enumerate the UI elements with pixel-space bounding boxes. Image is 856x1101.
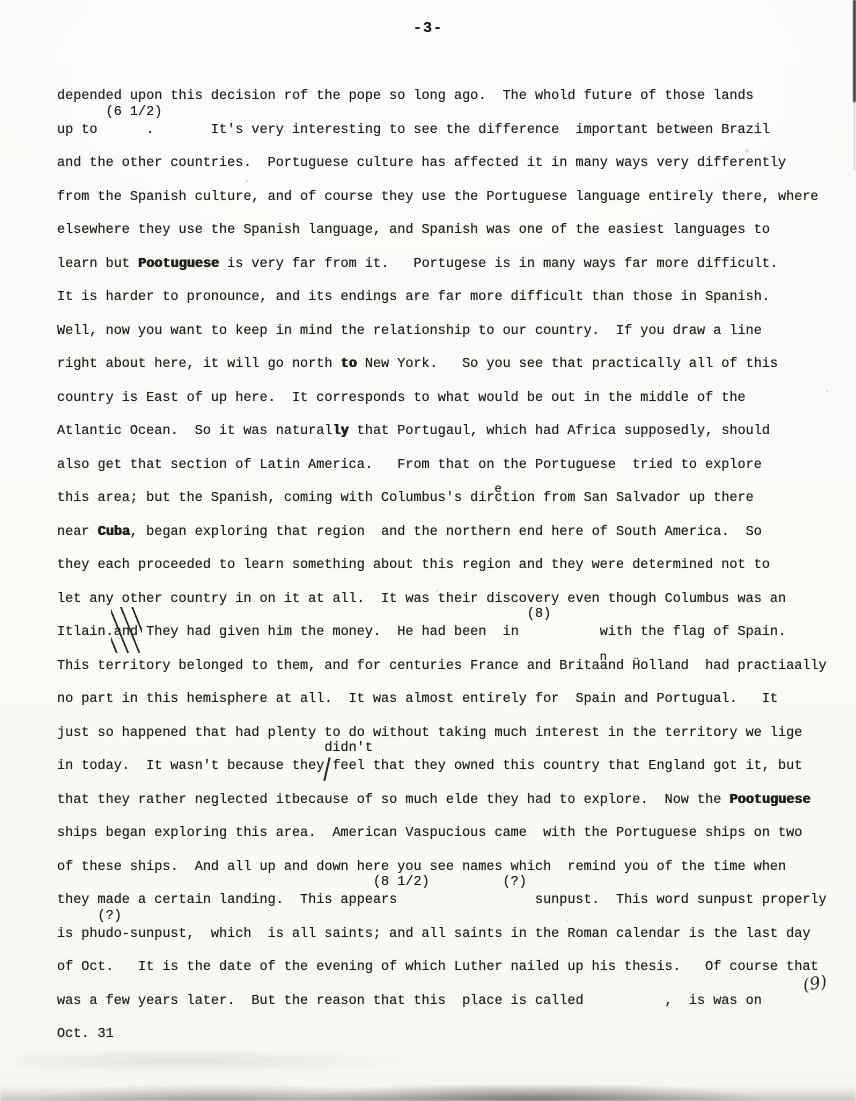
typed-text: They had given him the money. He had bee… <box>138 625 786 640</box>
typed-line: (8 1/2)(?)they made a certain landing. T… <box>57 884 842 918</box>
typed-line: of these ships. And all up and down here… <box>57 851 842 885</box>
typed-text: depended upon this decision rof the pope… <box>57 89 754 104</box>
typed-line: Well, now you want to keep in mind the r… <box>57 315 842 349</box>
typed-text: of these ships. And all up and down here… <box>57 860 786 875</box>
typed-text: right about here, it will go north <box>57 357 341 372</box>
typed-text: learn but <box>57 257 138 272</box>
typed-text: ction from San Salvador up there <box>494 491 753 506</box>
typed-line: This territory belonged to them, and for… <box>57 650 842 684</box>
typed-text: Well, now you want to keep in mind the r… <box>57 324 762 339</box>
typed-text: just so happened that had plenty to do w… <box>57 726 802 741</box>
typed-text: and the other countries. Portuguese cult… <box>57 156 786 171</box>
typed-text: and Ḧolland had practiaally <box>600 659 827 674</box>
typed-text: in today. It wasn't because they <box>57 759 324 774</box>
inserted-note: didn't <box>324 742 373 756</box>
typed-line: let any other country in on it at all. I… <box>57 583 842 617</box>
typed-line: near Cuba, began exploring that region a… <box>57 516 842 550</box>
typed-text: this area; but the Spanish, coming with … <box>57 491 494 506</box>
typed-line: right about here, it will go north to Ne… <box>57 348 842 382</box>
document-body: depended upon this decision rof the pope… <box>57 80 842 1052</box>
typed-line: they each proceeded to learn something a… <box>57 549 842 583</box>
typed-line: from the Spanish culture, and of course … <box>57 181 842 215</box>
typed-text: New York. So you see that practically al… <box>357 357 778 372</box>
crossed-out-word: and <box>114 616 138 650</box>
typed-line: ships began exploring this area. America… <box>57 817 842 851</box>
typed-line: Atlantic Ocean. So it was naturally that… <box>57 415 842 449</box>
typed-text: Atlantic Ocean. So it was natural <box>57 424 332 439</box>
typed-text: of Oct. It is the date of the evening of… <box>57 960 819 975</box>
overstruck-text: Pootuguese <box>138 257 219 272</box>
typed-line: (9)was a few years later. But the reason… <box>57 985 842 1019</box>
typed-line: and the other countries. Portuguese cult… <box>57 147 842 181</box>
inserted-note: (6 1/2) <box>106 106 163 120</box>
inserted-note: (?) <box>98 910 122 924</box>
typed-text: Oct. 31 <box>57 1027 114 1042</box>
typed-line: didn'tin today. It wasn't because they f… <box>57 750 842 784</box>
typed-line: no part in this hemisphere at all. It wa… <box>57 683 842 717</box>
overstruck-text: to <box>341 357 357 372</box>
typed-line: learn but Pootuguese is very far from it… <box>57 248 842 282</box>
overstruck-text: Cuba <box>98 525 130 540</box>
typed-text: feel that they owned this country that E… <box>324 759 802 774</box>
typed-line: (6 1/2)up to . It's very interesting to … <box>57 114 842 148</box>
typed-line: country is East of up here. It correspon… <box>57 382 842 416</box>
typed-text: Itlain. <box>57 625 114 640</box>
scan-artifact-bottom-shadow <box>0 1085 856 1101</box>
scan-artifact-edge-faint <box>854 100 856 170</box>
typed-text: from the Spanish culture, and of course … <box>57 190 819 205</box>
inserted-note: (?) <box>503 876 527 890</box>
page-number: -3- <box>0 20 856 37</box>
typed-text: It is harder to pronounce, and its endin… <box>57 290 770 305</box>
typed-text: they made a certain landing. This appear… <box>57 893 827 908</box>
typed-line: elsewhere they use the Spanish language,… <box>57 214 842 248</box>
typed-text: up to . It's very interesting to see the… <box>57 123 770 138</box>
typed-line: (8)Itlain.and They had given him the mon… <box>57 616 842 650</box>
typed-text: that Portugaul, which had Africa suppose… <box>349 424 770 439</box>
typed-line: also get that section of Latin America. … <box>57 449 842 483</box>
overstruck-text: Pootuguese <box>729 793 810 808</box>
typed-text: , began exploring that region and the no… <box>130 525 762 540</box>
typed-text: ships began exploring this area. America… <box>57 826 802 841</box>
handwritten-note: (9) <box>802 975 828 993</box>
typed-line: that they rather neglected itbecause of … <box>57 784 842 818</box>
typed-line: (?)is phudo-sunpust, which is all saints… <box>57 918 842 952</box>
inserted-note: (8 1/2) <box>373 876 430 890</box>
typed-line: of Oct. It is the date of the evening of… <box>57 951 842 985</box>
typed-line: It is harder to pronounce, and its endin… <box>57 281 842 315</box>
typed-line: depended upon this decision rof the pope… <box>57 80 842 114</box>
typed-text: near <box>57 525 98 540</box>
typed-text: elsewhere they use the Spanish language,… <box>57 223 770 238</box>
typed-line: this area; but the Spanish, coming with … <box>57 482 842 516</box>
typed-text: they each proceeded to learn something a… <box>57 558 770 573</box>
typed-text: also get that section of Latin America. … <box>57 458 762 473</box>
typed-text: This territory belonged to them, and for… <box>57 659 600 674</box>
typed-line: just so happened that had plenty to do w… <box>57 717 842 751</box>
typed-text: no part in this hemisphere at all. It wa… <box>57 692 778 707</box>
typed-text: is phudo-sunpust, which is all saints; a… <box>57 927 810 942</box>
typed-text: country is East of up here. It correspon… <box>57 391 746 406</box>
scan-artifact-smudge <box>15 1046 615 1076</box>
typed-text: is very far from it. Portugese is in man… <box>219 257 778 272</box>
typed-text: that they rather neglected itbecause of … <box>57 793 729 808</box>
overstruck-text: ly <box>332 424 348 439</box>
inserted-note: (8) <box>527 608 551 622</box>
typed-text: let any other country in on it at all. I… <box>57 592 786 607</box>
typed-text: was a few years later. But the reason th… <box>57 994 762 1009</box>
